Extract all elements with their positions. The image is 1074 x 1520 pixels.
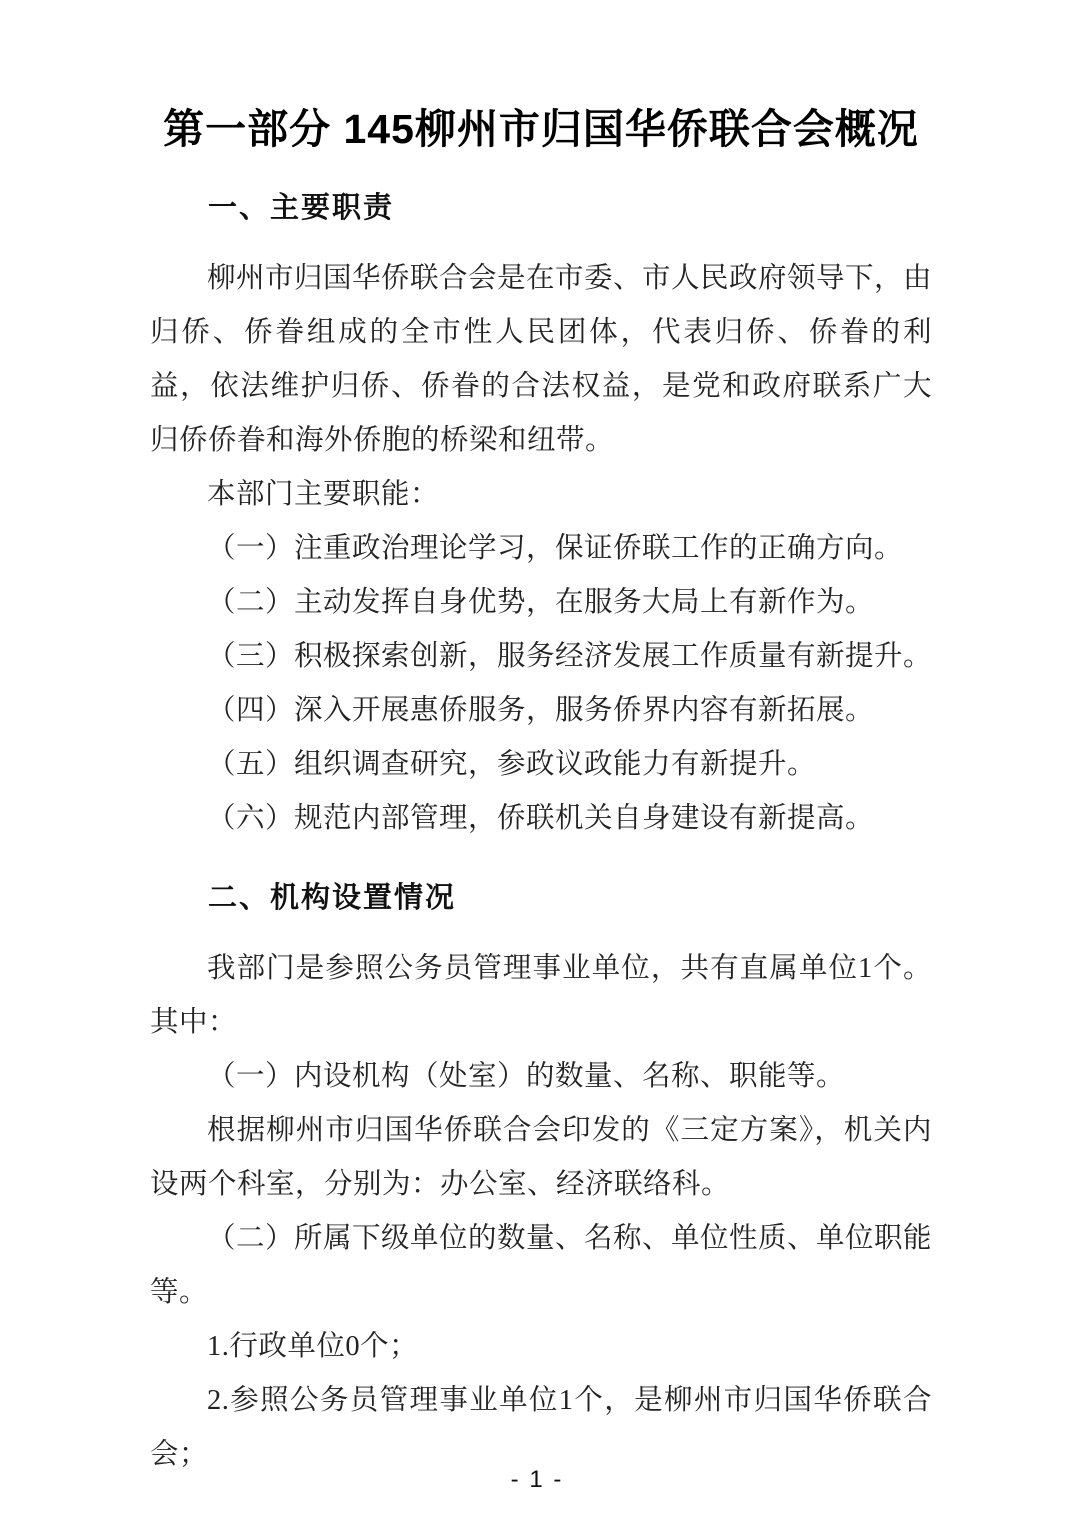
list-item-duty-6: （六）规范内部管理，侨联机关自身建设有新提高。	[150, 792, 932, 846]
document-content: 第一部分 145柳州市归国华侨联合会概况 一、主要职责 柳州市归国华侨联合会是在…	[150, 96, 932, 1482]
list-item-duty-4: （四）深入开展惠侨服务，服务侨界内容有新拓展。	[150, 684, 932, 738]
list-item-admin-units: 1.行政单位0个；	[150, 1320, 932, 1374]
document-title: 第一部分 145柳州市归国华侨联合会概况	[150, 96, 932, 162]
list-item-subordinate-units: （二）所属下级单位的数量、名称、单位性质、单位职能等。	[150, 1212, 932, 1320]
section-heading-organization-setup: 二、机构设置情况	[150, 878, 932, 918]
list-item-duty-2: （二）主动发挥自身优势，在服务大局上有新作为。	[150, 576, 932, 630]
page-number: - 1 -	[0, 1466, 1074, 1494]
list-item-duty-1: （一）注重政治理论学习，保证侨联工作的正确方向。	[150, 522, 932, 576]
section-organization-setup: 二、机构设置情况 我部门是参照公务员管理事业单位，共有直属单位1个。其中： （一…	[150, 878, 932, 1482]
paragraph: 我部门是参照公务员管理事业单位，共有直属单位1个。其中：	[150, 942, 932, 1050]
section-heading-main-duties: 一、主要职责	[150, 188, 932, 228]
list-item-duty-3: （三）积极探索创新，服务经济发展工作质量有新提升。	[150, 630, 932, 684]
document-page: 第一部分 145柳州市归国华侨联合会概况 一、主要职责 柳州市归国华侨联合会是在…	[0, 0, 1074, 1520]
paragraph: 根据柳州市归国华侨联合会印发的《三定方案》，机关内设两个科室，分别为：办公室、经…	[150, 1104, 932, 1212]
section-main-duties: 一、主要职责 柳州市归国华侨联合会是在市委、市人民政府领导下，由归侨、侨眷组成的…	[150, 188, 932, 846]
paragraph: 柳州市归国华侨联合会是在市委、市人民政府领导下，由归侨、侨眷组成的全市性人民团体…	[150, 252, 932, 468]
paragraph: 本部门主要职能：	[150, 468, 932, 522]
list-item-duty-5: （五）组织调查研究，参政议政能力有新提升。	[150, 738, 932, 792]
list-item-internal-orgs: （一）内设机构（处室）的数量、名称、职能等。	[150, 1050, 932, 1104]
